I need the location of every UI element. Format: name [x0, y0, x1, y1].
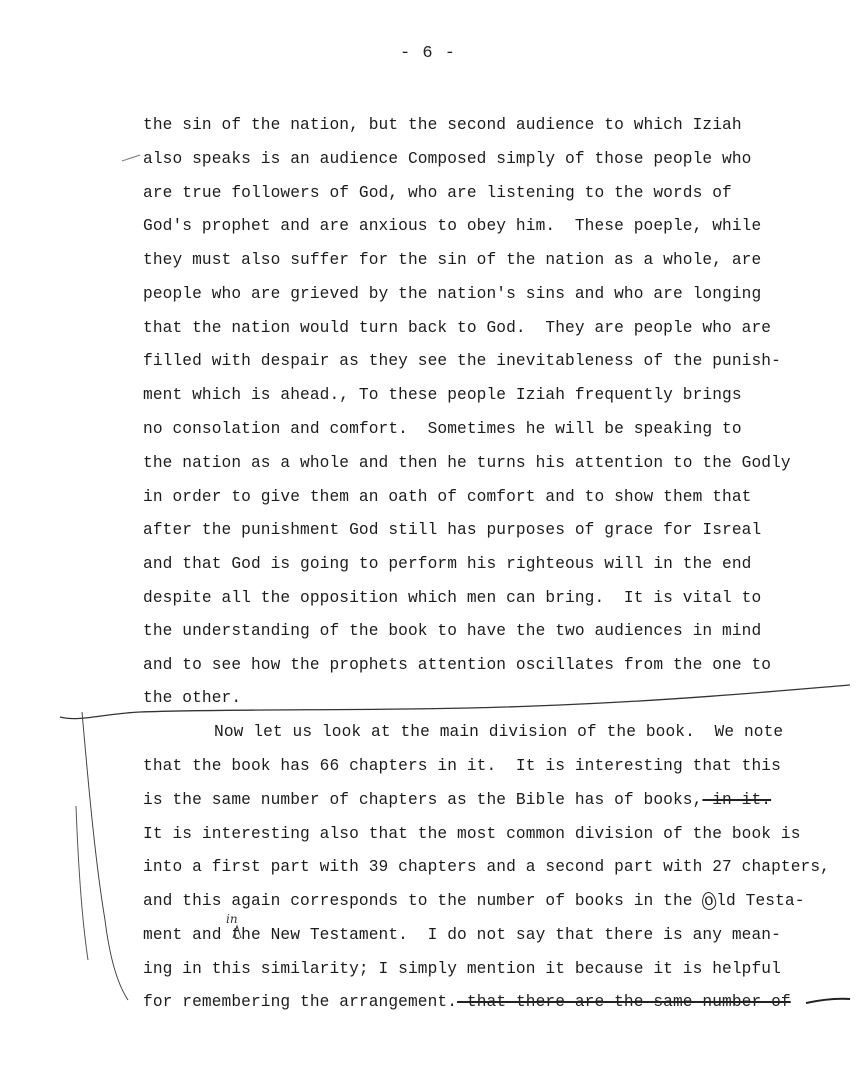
text-span: for remembering the arrangement. [143, 993, 457, 1011]
text-line: that the nation would turn back to God. … [143, 318, 771, 338]
text-line: the sin of the nation, but the second au… [143, 115, 742, 135]
text-line: and that God is going to perform his rig… [143, 554, 751, 574]
strike-tail [806, 999, 850, 1003]
text-line: ment which is ahead., To these people Iz… [143, 385, 742, 405]
text-line: also speaks is an audience Composed simp… [143, 149, 751, 169]
circled-correction: o [701, 891, 717, 911]
text-line: and this again corresponds to the number… [143, 891, 805, 911]
text-line: the understanding of the book to have th… [143, 621, 761, 641]
margin-bracket-line [76, 806, 88, 960]
text-line: ment and the New Testament. I do not say… [143, 925, 781, 945]
text-line: that the book has 66 chapters in it. It … [143, 756, 781, 776]
text-span: ld Testa- [716, 892, 804, 910]
text-line: the nation as a whole and then he turns … [143, 453, 791, 473]
text-line: in order to give them an oath of comfort… [143, 487, 751, 507]
text-line: into a first part with 39 chapters and a… [143, 857, 830, 877]
struck-text: that there are the same number of [457, 993, 791, 1011]
text-line: are true followers of God, who are liste… [143, 183, 732, 203]
text-span: and this again corresponds to the number… [143, 892, 702, 910]
margin-bracket-line [82, 712, 128, 1000]
text-line: for remembering the arrangement. that th… [143, 992, 791, 1012]
text-line: Now let us look at the main division of … [214, 722, 783, 742]
text-span: ment and [143, 926, 231, 944]
text-line: people who are grieved by the nation's s… [143, 284, 761, 304]
struck-text: in it. [702, 791, 771, 809]
margin-tick [122, 155, 140, 161]
text-span: is the same number of chapters as the Bi… [143, 791, 702, 809]
text-line: ing in this similarity; I simply mention… [143, 959, 781, 979]
text-line: the other. [143, 688, 241, 708]
text-line: no consolation and comfort. Sometimes he… [143, 419, 742, 439]
text-line: after the punishment God still has purpo… [143, 520, 761, 540]
text-line: It is interesting also that the most com… [143, 824, 801, 844]
page-number: - 6 - [0, 44, 856, 63]
text-line: despite all the opposition which men can… [143, 588, 761, 608]
handwritten-insert: in [226, 912, 238, 926]
text-span: the New Testament. I do not say that the… [231, 926, 781, 944]
text-line: filled with despair as they see the inev… [143, 351, 781, 371]
text-line: they must also suffer for the sin of the… [143, 250, 761, 270]
text-line: is the same number of chapters as the Bi… [143, 790, 771, 810]
text-line: and to see how the prophets attention os… [143, 655, 771, 675]
text-line: God's prophet and are anxious to obey hi… [143, 216, 761, 236]
